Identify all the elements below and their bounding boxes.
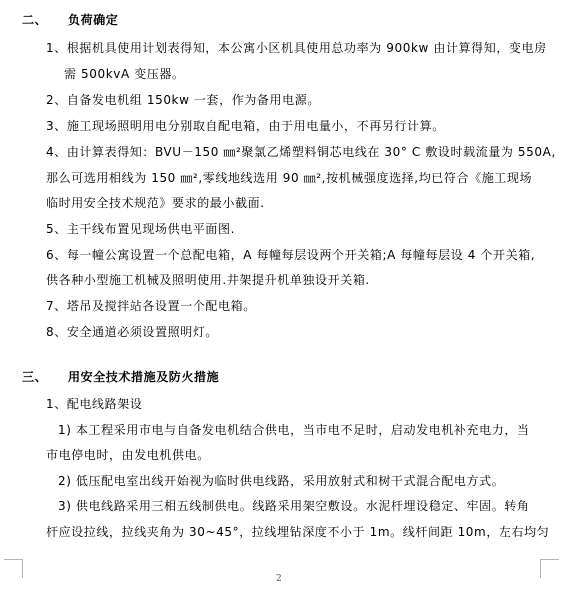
- section-title: 用安全技术措施及防火措施: [68, 370, 219, 384]
- paragraph-line: 7、塔吊及搅拌站各设置一个配电箱。: [46, 299, 256, 313]
- paragraph-line: 那么可选用相线为 150 ㎜²,零线地线选用 90 ㎜²,按机械强度选择,均已符…: [46, 171, 532, 185]
- paragraph-line: 1、根据机具使用计划表得知，本公寓小区机具使用总功率为 900kw 由计算得知，…: [46, 41, 547, 55]
- paragraph-line: 3) 供电线路采用三相五线制供电。线路采用架空敷设。水泥杆埋设稳定、牢固。转角: [58, 499, 530, 513]
- paragraph-line: 6、每一幢公寓设置一个总配电箱，A 每幢每层设两个开关箱;A 每幢每层设 4 个…: [46, 248, 535, 262]
- paragraph-line: 5、主干线布置见现场供电平面图.: [46, 222, 235, 236]
- section-title: 负荷确定: [68, 13, 118, 27]
- paragraph-line: 1) 本工程采用市电与自备发电机结合供电，当市电不足时，启动发电机补充电力，当: [58, 423, 530, 437]
- paragraph-line: 临时用安全技术规范》要求的最小截面.: [46, 196, 265, 210]
- page-corner-mark-left: [4, 559, 23, 578]
- paragraph-line: 市电停电时，由发电机供电。: [46, 448, 210, 462]
- paragraph-line: 2) 低压配电室出线开始视为临时供电线路，采用放射式和树干式混合配电方式。: [58, 474, 504, 488]
- section-number: 三、: [22, 370, 47, 384]
- paragraph-line: 4、由计算表得知：BVU－150 ㎜²聚氯乙烯塑料铜芯电线在 30° C 敷设时…: [46, 145, 556, 159]
- paragraph-line: 1、配电线路架设: [46, 397, 142, 411]
- paragraph-line: 供各种小型施工机械及照明使用.井架提升机单独设开关箱.: [46, 273, 370, 287]
- paragraph-line: 8、安全通道必须设置照明灯。: [46, 325, 218, 339]
- page-number: 2: [276, 574, 282, 584]
- page-corner-mark-right: [540, 559, 559, 578]
- paragraph-line: 2、自备发电机组 150kw 一套，作为备用电源。: [46, 93, 320, 107]
- paragraph-line: 3、施工现场照明用电分别取自配电箱，由于用电量小，不再另行计算。: [46, 119, 445, 133]
- section-number: 二、: [22, 13, 47, 27]
- paragraph-line: 杆应设拉线，拉线夹角为 30~45°，拉线埋钻深度不小于 1m。线杆间距 10m…: [46, 525, 549, 539]
- paragraph-line: 需 500kvA 变压器。: [64, 67, 185, 81]
